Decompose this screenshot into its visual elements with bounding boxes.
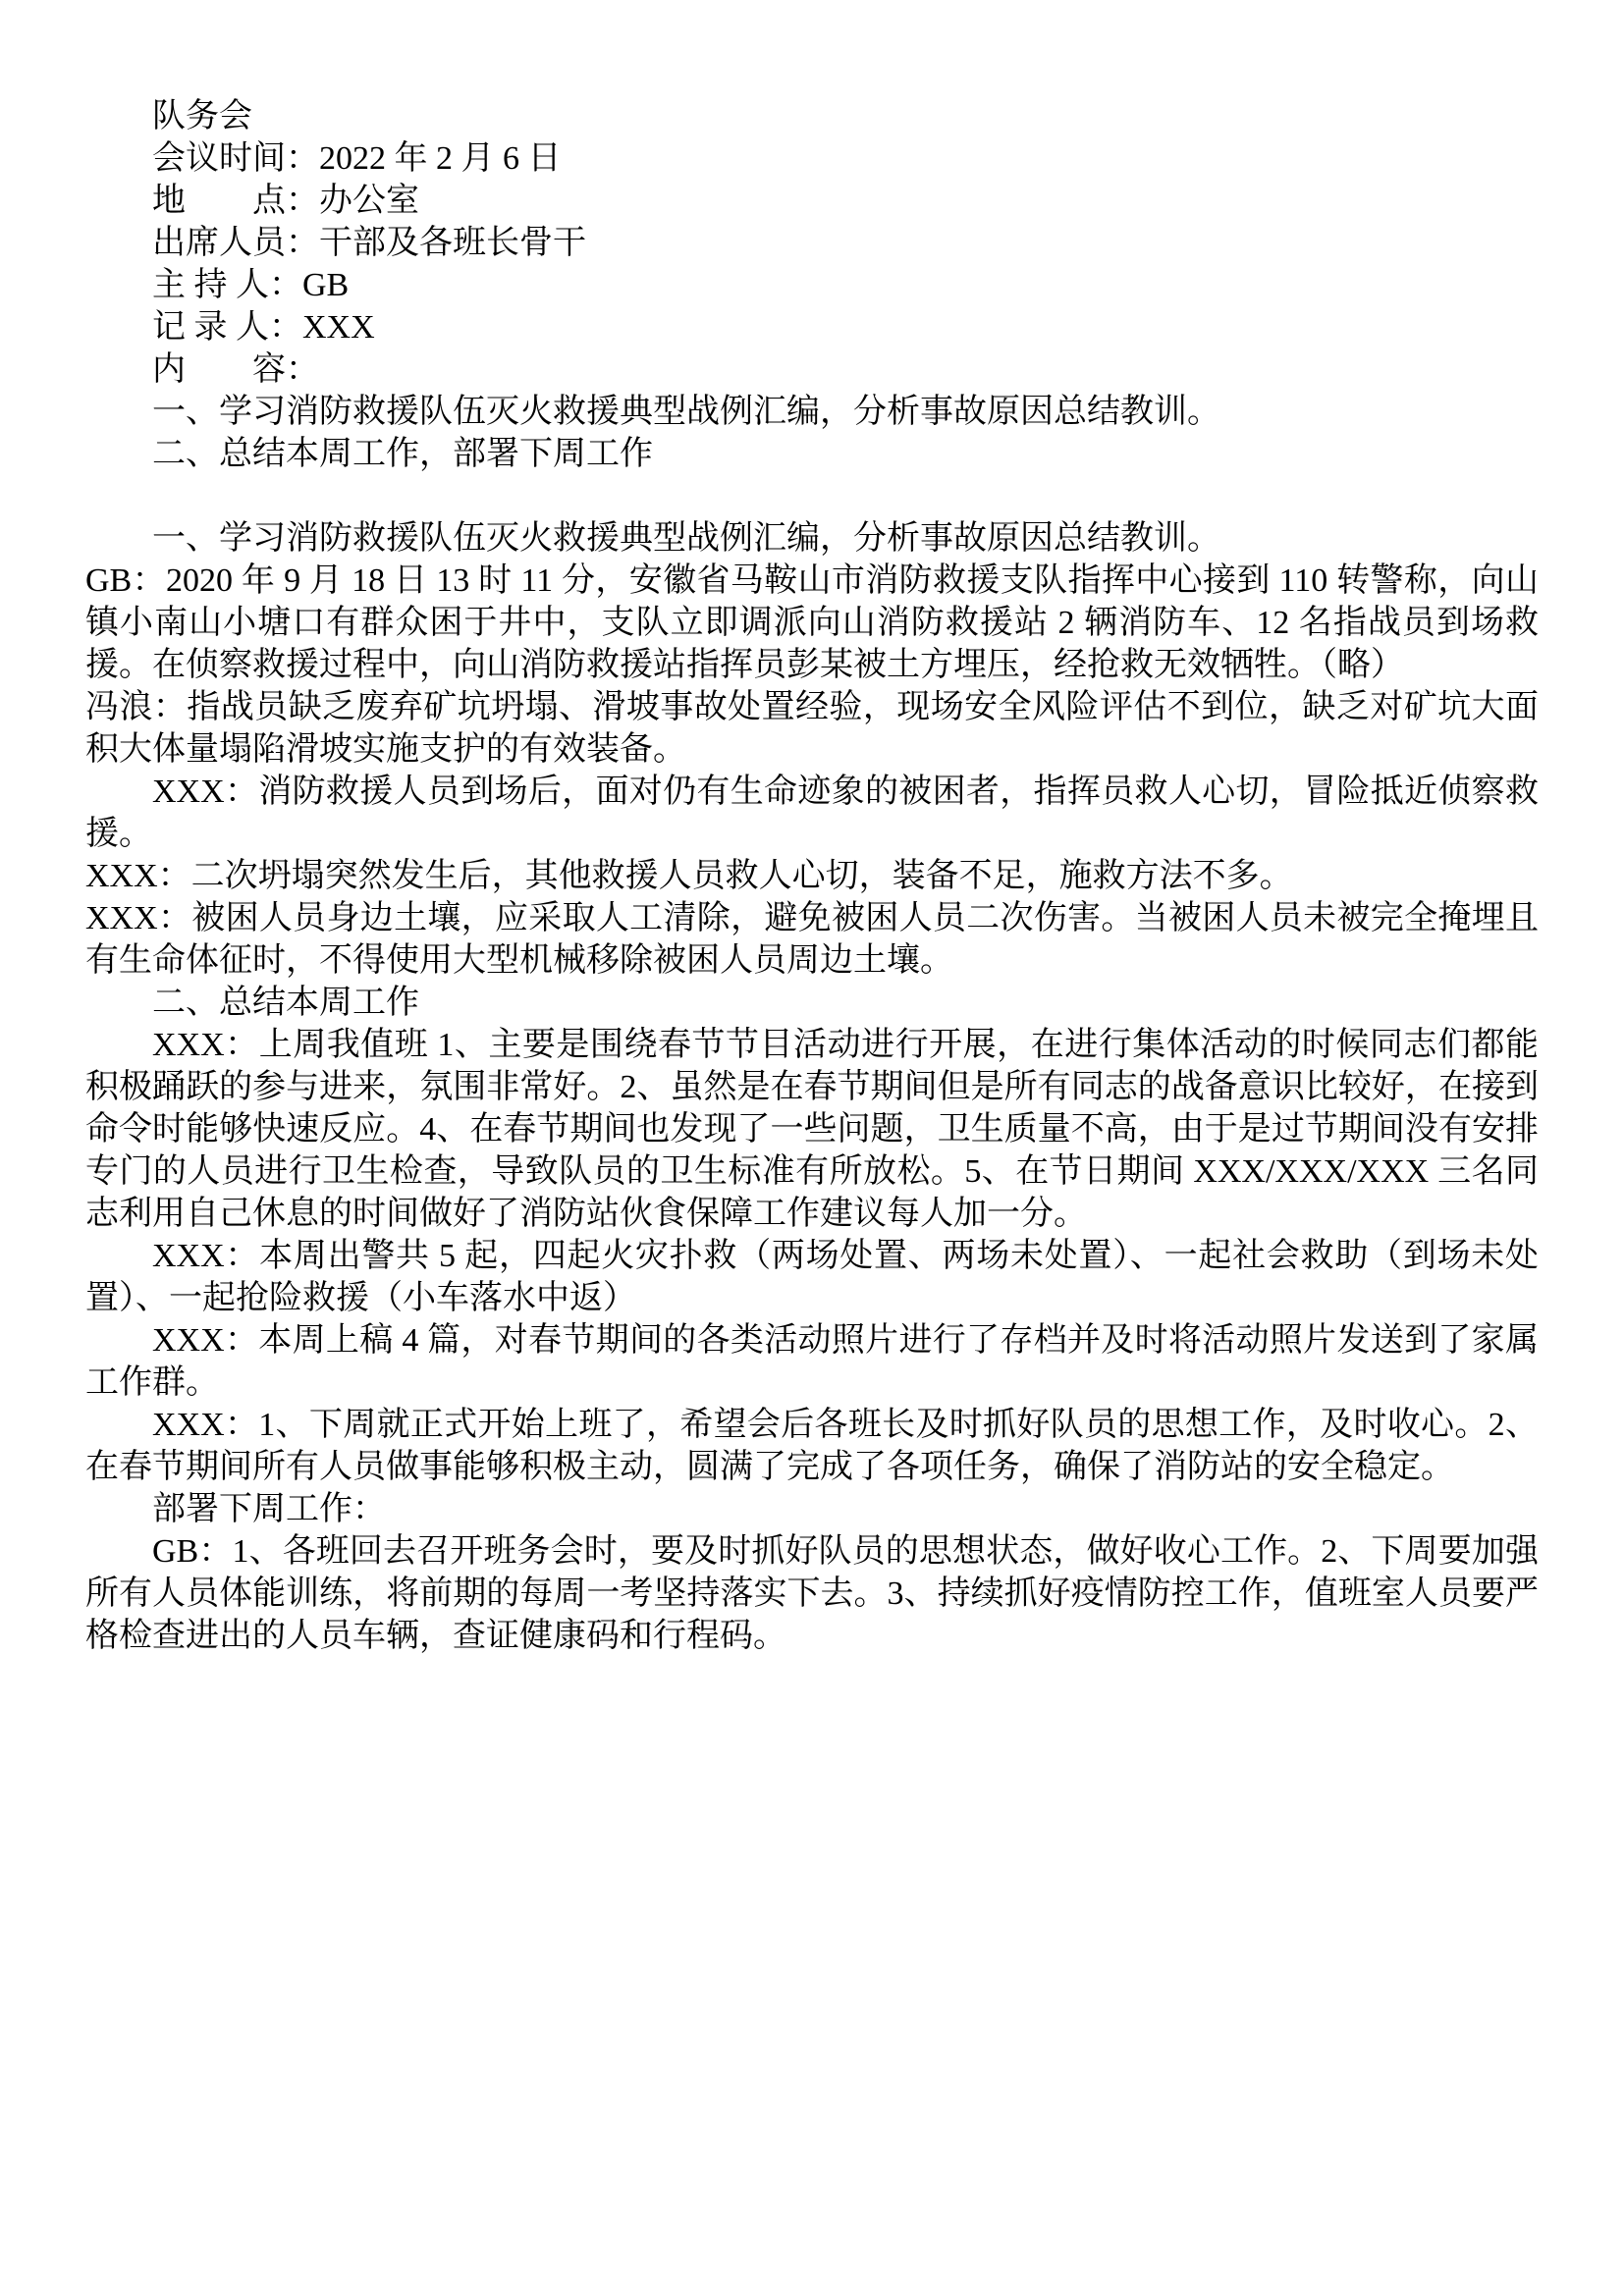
paragraph: XXX：1、下周就正式开始上班了，希望会后各班长及时抓好队员的思想工作，及时收心… [85, 1404, 1539, 1488]
paragraph: 二、总结本周工作 [85, 982, 1539, 1024]
paragraph-list: 会议时间：2022 年 2 月 6 日地 点：办公室出席人员：干部及各班长骨干主… [85, 137, 1539, 1657]
document-title: 队务会 [85, 95, 1539, 137]
paragraph: 出席人员：干部及各班长骨干 [85, 222, 1539, 264]
paragraph: 冯浪：指战员缺乏废弃矿坑坍塌、滑坡事故处置经验，现场安全风险评估不到位，缺乏对矿… [85, 686, 1539, 771]
document-body: 队务会 会议时间：2022 年 2 月 6 日地 点：办公室出席人员：干部及各班… [85, 95, 1539, 1657]
paragraph: 一、学习消防救援队伍灭火救援典型战例汇编，分析事故原因总结教训。 [85, 391, 1539, 433]
paragraph: 记 录 人：XXX [85, 306, 1539, 348]
paragraph: 内 容： [85, 348, 1539, 391]
paragraph: 一、学习消防救援队伍灭火救援典型战例汇编，分析事故原因总结教训。 [85, 517, 1539, 560]
paragraph: XXX：消防救援人员到场后，面对仍有生命迹象的被困者，指挥员救人心切，冒险抵近侦… [85, 771, 1539, 855]
paragraph: 主 持 人：GB [85, 264, 1539, 306]
paragraph: GB：1、各班回去召开班务会时，要及时抓好队员的思想状态，做好收心工作。2、下周… [85, 1530, 1539, 1657]
paragraph: XXX：上周我值班 1、主要是围绕春节节目活动进行开展，在进行集体活动的时候同志… [85, 1024, 1539, 1235]
paragraph: 地 点：办公室 [85, 180, 1539, 222]
paragraph: GB：2020 年 9 月 18 日 13 时 11 分，安徽省马鞍山市消防救援… [85, 560, 1539, 686]
paragraph: XXX：被困人员身边土壤，应采取人工清除，避免被困人员二次伤害。当被困人员未被完… [85, 897, 1539, 982]
paragraph: XXX：二次坍塌突然发生后，其他救援人员救人心切，装备不足，施救方法不多。 [85, 855, 1539, 897]
blank-line [85, 475, 1539, 517]
paragraph: XXX：本周出警共 5 起，四起火灾扑救（两场处置、两场未处置）、一起社会救助（… [85, 1235, 1539, 1319]
paragraph: XXX：本周上稿 4 篇，对春节期间的各类活动照片进行了存档并及时将活动照片发送… [85, 1319, 1539, 1404]
paragraph: 二、总结本周工作，部署下周工作 [85, 433, 1539, 475]
document-page: 队务会 会议时间：2022 年 2 月 6 日地 点：办公室出席人员：干部及各班… [0, 0, 1624, 2296]
paragraph: 会议时间：2022 年 2 月 6 日 [85, 137, 1539, 180]
paragraph: 部署下周工作： [85, 1488, 1539, 1530]
